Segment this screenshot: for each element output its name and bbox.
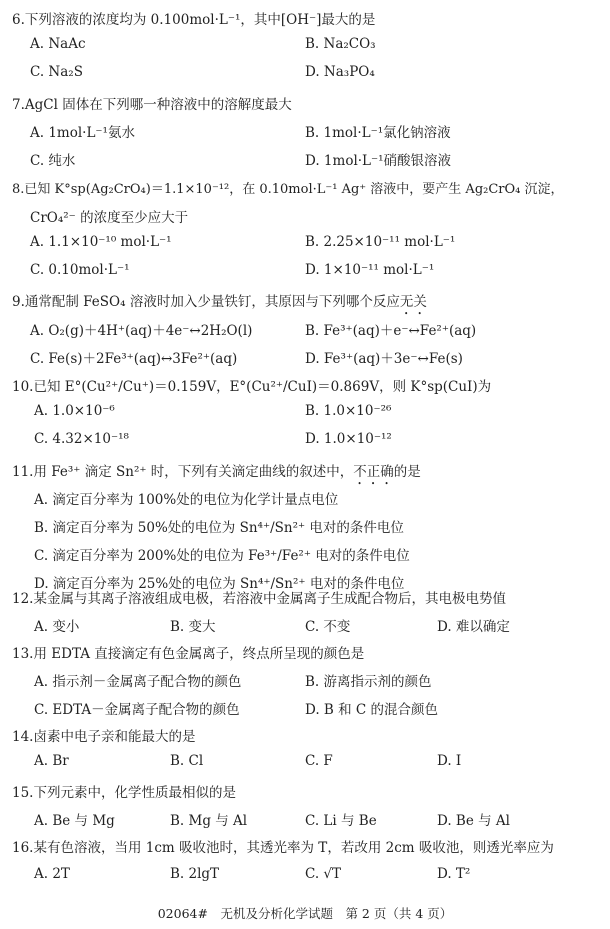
q7-option-d[interactable]: D. 1mol·L⁻¹硝酸银溶液 xyxy=(305,149,451,169)
q7-option-c[interactable]: C. 纯水 xyxy=(30,149,75,169)
q6-option-c[interactable]: C. Na₂S xyxy=(30,64,83,80)
q8-option-c[interactable]: C. 0.10mol·L⁻¹ xyxy=(30,262,130,278)
q12-option-b[interactable]: B. 变大 xyxy=(170,615,216,635)
q14-option-a[interactable]: A. Br xyxy=(34,753,69,769)
question-15-stem: 15.下列元素中，化学性质最相似的是 xyxy=(12,781,236,801)
q16-option-c[interactable]: C. √T xyxy=(305,866,341,882)
q15-option-c[interactable]: C. Li 与 Be xyxy=(305,809,377,829)
q11-option-c[interactable]: C. 滴定百分率为 200%处的电位为 Fe³⁺/Fe²⁺ 电对的条件电位 xyxy=(34,544,410,564)
q10-option-c[interactable]: C. 4.32×10⁻¹⁸ xyxy=(34,431,129,447)
q9-option-b[interactable]: B. Fe³⁺(aq)＋e⁻↔Fe²⁺(aq) xyxy=(305,319,476,339)
page-footer: 02064# 无机及分析化学试题 第 2 页（共 4 页） xyxy=(0,904,610,922)
q9-option-a[interactable]: A. O₂(g)＋4H⁺(aq)＋4e⁻↔2H₂O(l) xyxy=(30,319,252,339)
question-8-stem: 8.已知 K°sp(Ag₂CrO₄)＝1.1×10⁻¹²，在 0.10mol·L… xyxy=(12,178,564,197)
question-11-stem: 11.用 Fe³⁺ 滴定 Sn²⁺ 时，下列有关滴定曲线的叙述中，不正确的是 xyxy=(12,460,421,488)
q10-option-d[interactable]: D. 1.0×10⁻¹² xyxy=(305,431,392,447)
q7-option-a[interactable]: A. 1mol·L⁻¹氨水 xyxy=(30,121,135,141)
emphasis-text: 不正确 xyxy=(353,464,394,480)
emphasis-text: 无关 xyxy=(400,294,427,310)
q13-option-d[interactable]: D. B 和 C 的混合颜色 xyxy=(305,698,438,718)
question-6-stem: 6.下列溶液的浓度均为 0.100mol·L⁻¹，其中[OH⁻]最大的是 xyxy=(12,8,375,28)
question-10-stem: 10.已知 E°(Cu²⁺/Cu⁺)＝0.159V，E°(Cu²⁺/CuI)＝0… xyxy=(12,375,491,395)
q13-option-a[interactable]: A. 指示剂－金属离子配合物的颜色 xyxy=(34,670,241,690)
q10-option-a[interactable]: A. 1.0×10⁻⁶ xyxy=(34,403,115,419)
question-13-stem: 13.用 EDTA 直接滴定有色金属离子，终点所呈现的颜色是 xyxy=(12,642,364,662)
question-number: 6. xyxy=(12,12,25,28)
q11-option-b[interactable]: B. 滴定百分率为 50%处的电位为 Sn⁴⁺/Sn²⁺ 电对的条件电位 xyxy=(34,516,404,536)
question-12-stem: 12.某金属与其离子溶液组成电极，若溶液中金属离子生成配合物后，其电极电势值 xyxy=(12,587,506,607)
q15-option-a[interactable]: A. Be 与 Mg xyxy=(34,809,115,829)
q6-option-d[interactable]: D. Na₃PO₄ xyxy=(305,64,375,80)
q8-option-d[interactable]: D. 1×10⁻¹¹ mol·L⁻¹ xyxy=(305,262,434,278)
question-16-stem: 16.某有色溶液，当用 1cm 吸收池时，其透光率为 T，若改用 2cm 吸收池… xyxy=(12,836,554,856)
q16-option-d[interactable]: D. T² xyxy=(437,866,470,882)
q13-option-c[interactable]: C. EDTA－金属离子配合物的颜色 xyxy=(34,698,240,718)
q13-option-b[interactable]: B. 游离指示剂的颜色 xyxy=(305,670,432,690)
question-9-stem: 9.通常配制 FeSO₄ 溶液时加入少量铁钉，其原因与下列哪个反应无关 xyxy=(12,290,427,318)
q10-option-b[interactable]: B. 1.0×10⁻²⁶ xyxy=(305,403,391,419)
q8-option-a[interactable]: A. 1.1×10⁻¹⁰ mol·L⁻¹ xyxy=(30,234,172,250)
q11-option-a[interactable]: A. 滴定百分率为 100%处的电位为化学计量点电位 xyxy=(34,488,338,508)
q15-option-d[interactable]: D. Be 与 Al xyxy=(437,809,510,829)
q12-option-d[interactable]: D. 难以确定 xyxy=(437,615,510,635)
q7-option-b[interactable]: B. 1mol·L⁻¹氯化钠溶液 xyxy=(305,121,451,141)
q8-option-b[interactable]: B. 2.25×10⁻¹¹ mol·L⁻¹ xyxy=(305,234,455,250)
question-14-stem: 14.卤素中电子亲和能最大的是 xyxy=(12,725,195,745)
q16-option-a[interactable]: A. 2T xyxy=(34,866,70,882)
q12-option-a[interactable]: A. 变小 xyxy=(34,615,79,635)
q15-option-b[interactable]: B. Mg 与 Al xyxy=(170,809,247,829)
q14-option-b[interactable]: B. Cl xyxy=(170,753,203,769)
q12-option-c[interactable]: C. 不变 xyxy=(305,615,350,635)
question-7-stem: 7.AgCl 固体在下列哪一种溶液中的溶解度最大 xyxy=(12,93,292,113)
q6-option-b[interactable]: B. Na₂CO₃ xyxy=(305,36,376,52)
q9-option-d[interactable]: D. Fe³⁺(aq)＋3e⁻↔Fe(s) xyxy=(305,347,463,367)
q6-option-a[interactable]: A. NaAc xyxy=(30,36,86,52)
q9-option-c[interactable]: C. Fe(s)＋2Fe³⁺(aq)↔3Fe²⁺(aq) xyxy=(30,347,237,367)
q14-option-c[interactable]: C. F xyxy=(305,753,333,769)
q14-option-d[interactable]: D. I xyxy=(437,753,461,769)
q16-option-b[interactable]: B. 2lgT xyxy=(170,866,219,882)
question-8-stem-continued: CrO₄²⁻ 的浓度至少应大于 xyxy=(30,206,188,226)
